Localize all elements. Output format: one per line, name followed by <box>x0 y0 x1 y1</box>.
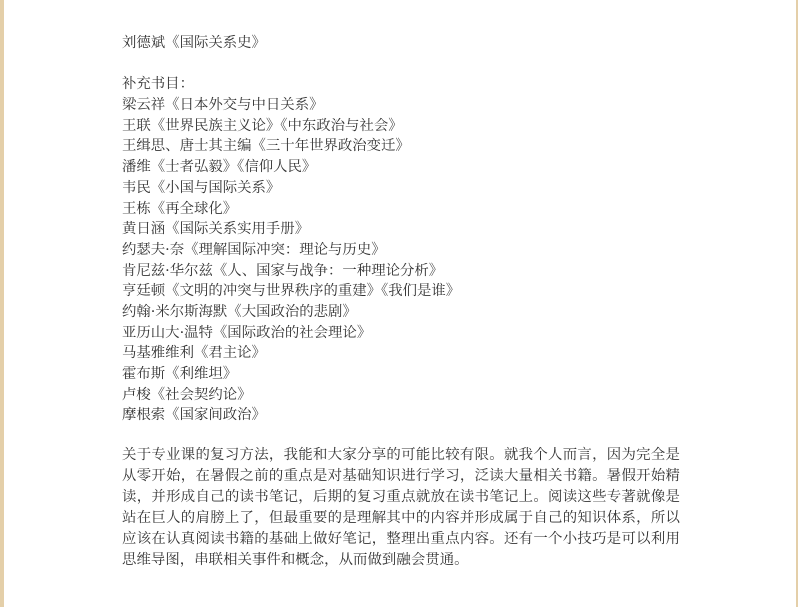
book-list-item: 马基雅维利《君主论》 <box>122 343 692 364</box>
blank-line <box>122 54 692 75</box>
book-list-item: 王联《世界民族主义论》《中东政治与社会》 <box>122 116 692 137</box>
book-list-item: 潘维《士者弘毅》《信仰人民》 <box>122 157 692 178</box>
document-content: 刘德斌《国际关系史》 补充书目： 梁云祥《日本外交与中日关系》 王联《世界民族主… <box>122 33 692 585</box>
book-list-item: 王缉思、唐士其主编《三十年世界政治变迁》 <box>122 136 692 157</box>
book-list-item: 黄日涵《国际关系实用手册》 <box>122 219 692 240</box>
study-method-paragraph: 关于专业课的复习方法，我能和大家分享的可能比较有限。就我个人而言，因为完全是从零… <box>122 445 680 570</box>
book-list-item: 摩根索《国家间政治》 <box>122 405 692 426</box>
book-list-item: 韦民《小国与国际关系》 <box>122 178 692 199</box>
book-list-item: 肯尼兹·华尔兹《人、国家与战争：一种理论分析》 <box>122 261 692 282</box>
book-list-item: 约瑟夫·奈《理解国际冲突：理论与历史》 <box>122 240 692 261</box>
book-list-item: 梁云祥《日本外交与中日关系》 <box>122 95 692 116</box>
book-list-item: 卢梭《社会契约论》 <box>122 385 692 406</box>
supplement-heading: 补充书目： <box>122 74 692 95</box>
main-book-title: 刘德斌《国际关系史》 <box>122 33 692 54</box>
document-page: 刘德斌《国际关系史》 补充书目： 梁云祥《日本外交与中日关系》 王联《世界民族主… <box>4 0 796 607</box>
book-list-item: 约翰·米尔斯海默《大国政治的悲剧》 <box>122 302 692 323</box>
book-list-item: 亚历山大·温特《国际政治的社会理论》 <box>122 323 692 344</box>
book-list-item: 王栋《再全球化》 <box>122 199 692 220</box>
supplement-book-list: 梁云祥《日本外交与中日关系》 王联《世界民族主义论》《中东政治与社会》 王缉思、… <box>122 95 692 426</box>
book-list-item: 亨廷顿《文明的冲突与世界秩序的重建》《我们是谁》 <box>122 281 692 302</box>
book-list-item: 霍布斯《利维坦》 <box>122 364 692 385</box>
